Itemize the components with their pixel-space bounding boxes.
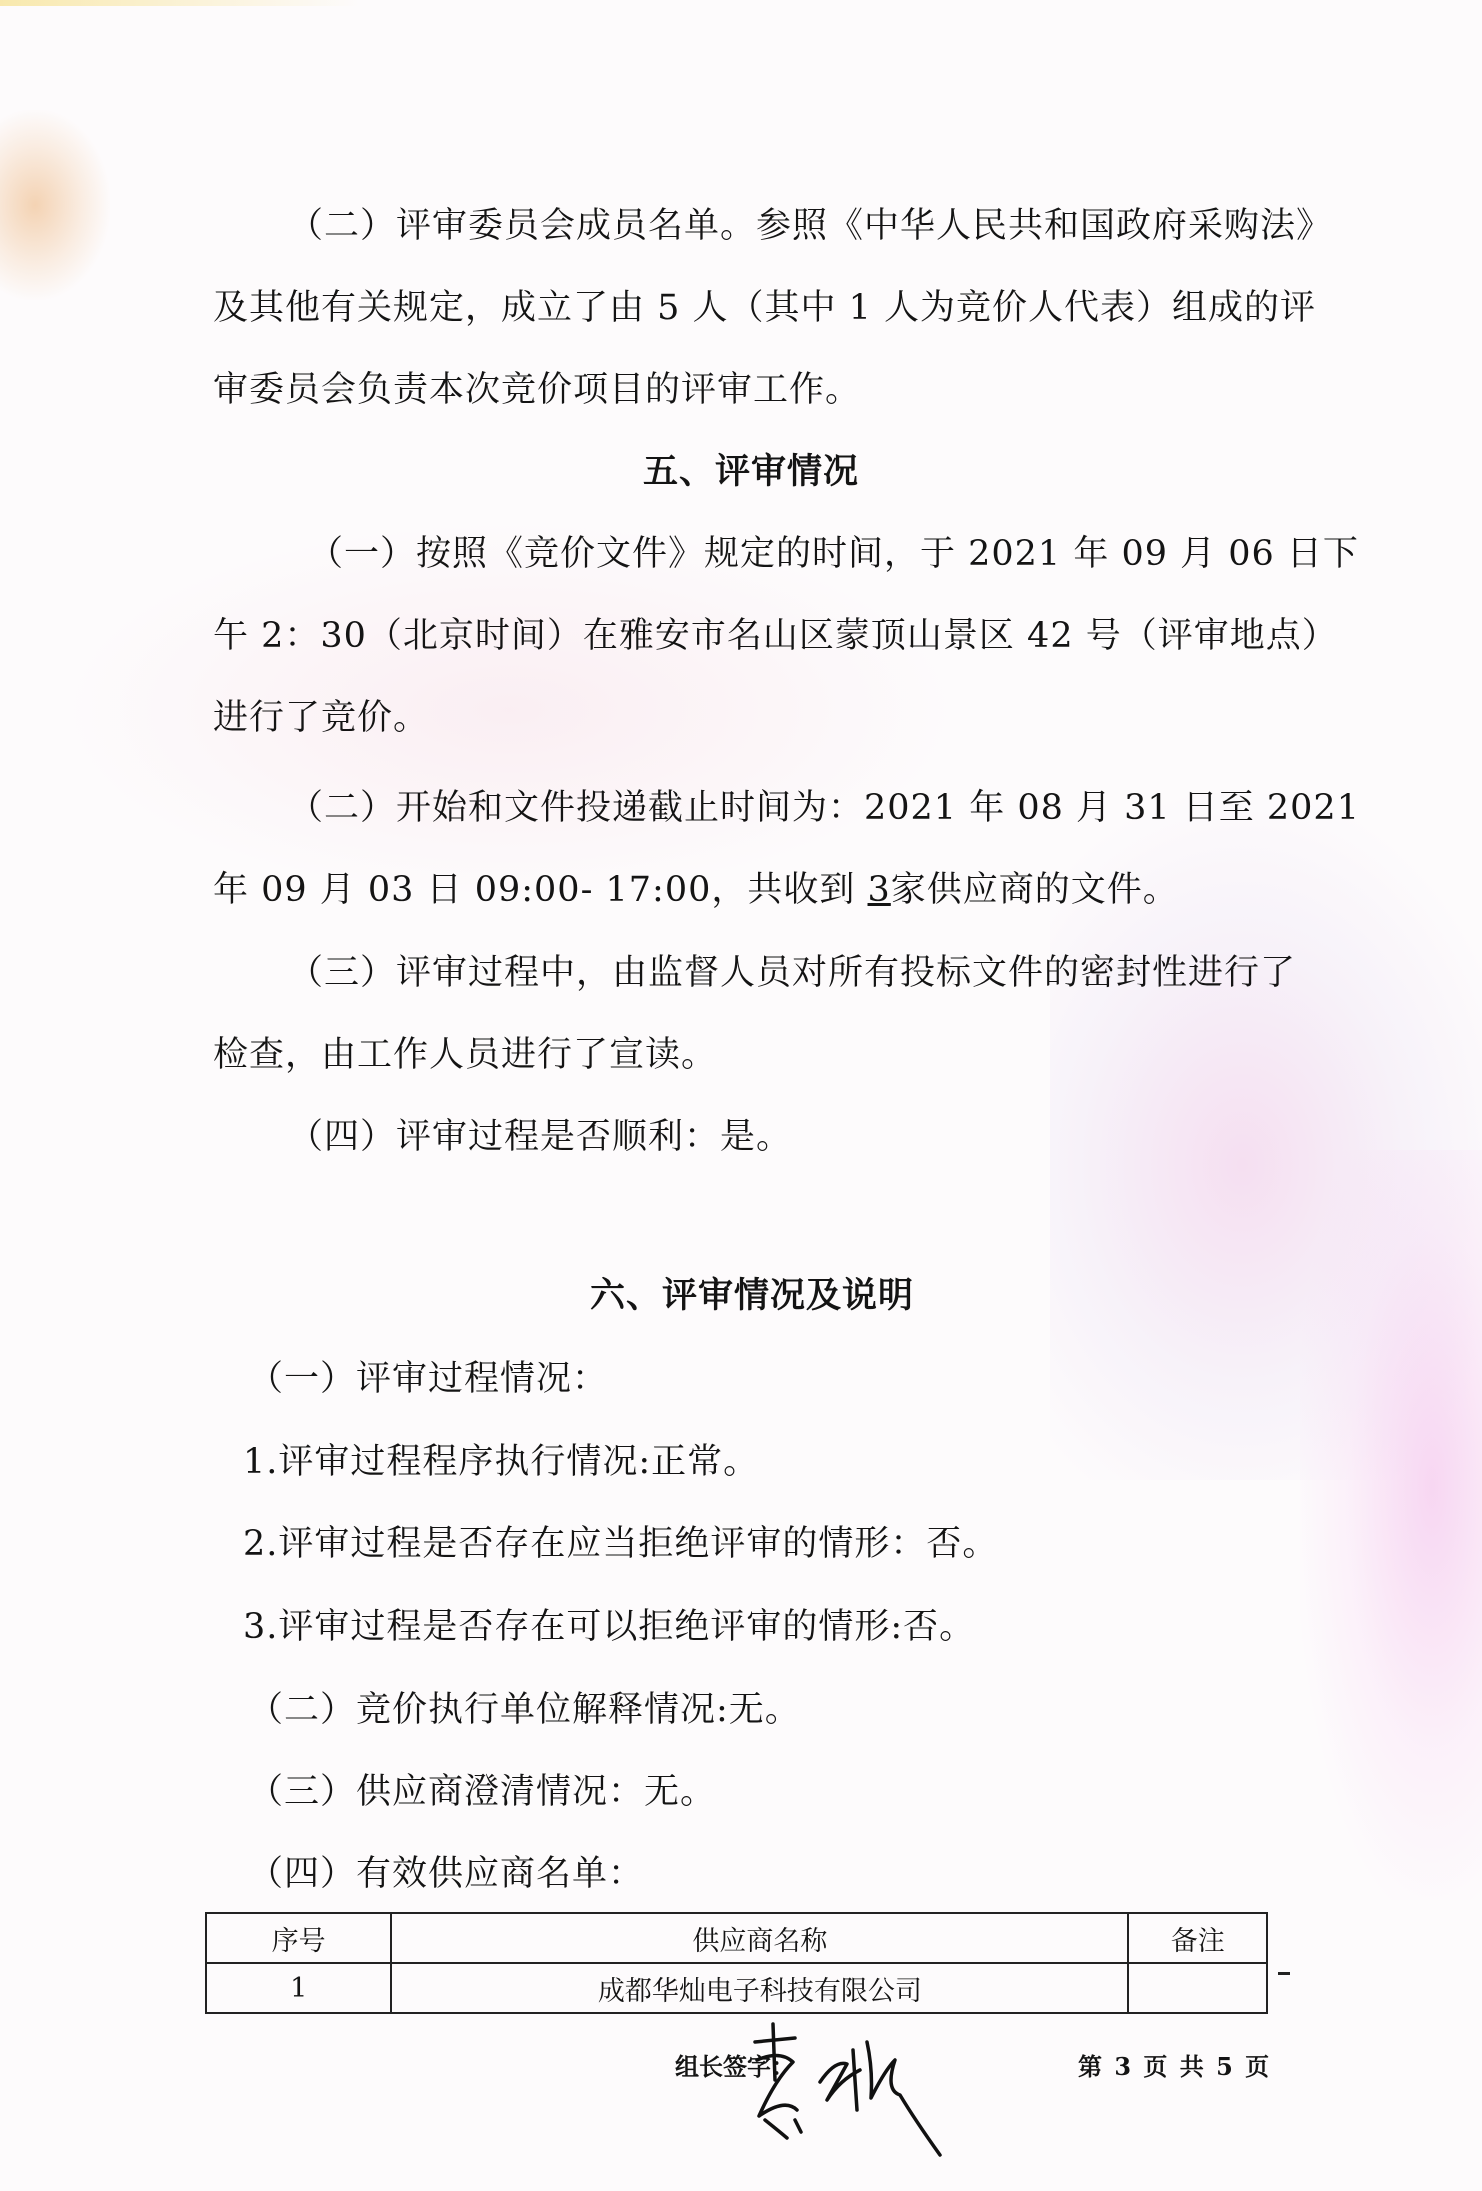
paragraph-line: （三）供应商澄清情况：无。 [248, 1771, 716, 1813]
page-indicator: 第 3 页 共 5 页 [1078, 2047, 1271, 2082]
list-item: 2.评审过程是否存在应当拒绝评审的情形：否。 [243, 1523, 998, 1565]
paragraph-line: 及其他有关规定，成立了由 5 人（其中 1 人为竞价人代表）组成的评 [213, 287, 1316, 329]
text-span: 家供应商的文件。 [891, 870, 1179, 910]
supplier-count: 3 [868, 870, 891, 910]
handwritten-signature-icon [735, 2020, 995, 2160]
paragraph-line: 审委员会负责本次竞价项目的评审工作。 [213, 369, 861, 411]
list-item: 1.评审过程程序执行情况:正常。 [243, 1441, 759, 1483]
paragraph-line: （二）开始和文件投递截止时间为：2021 年 08 月 31 日至 2021 [288, 787, 1360, 829]
paragraph-line: 检查，由工作人员进行了宣读。 [213, 1034, 717, 1076]
document-page: （二）评审委员会成员名单。参照《中华人民共和国政府采购法》 及其他有关规定，成立… [0, 0, 1482, 2191]
section-heading: 六、评审情况及说明 [590, 1275, 914, 1317]
paragraph-line: （四）有效供应商名单： [248, 1853, 644, 1895]
list-item: 3.评审过程是否存在可以拒绝评审的情形:否。 [243, 1606, 975, 1648]
column-header-number: 序号 [206, 1913, 391, 1963]
table-header-row: 序号 供应商名称 备注 [206, 1913, 1267, 1963]
section-heading: 五、评审情况 [643, 451, 859, 493]
subsection-title: （一）评审过程情况： [248, 1358, 608, 1400]
paragraph-line: （一）按照《竞价文件》规定的时间，于 2021 年 09 月 06 日下 [308, 533, 1359, 575]
cell-number: 1 [206, 1963, 391, 2013]
paragraph-line: 年 09 月 03 日 09:00- 17:00，共收到 3家供应商的文件。 [213, 869, 1179, 911]
cell-supplier-name: 成都华灿电子科技有限公司 [391, 1963, 1128, 2013]
column-header-remark: 备注 [1128, 1913, 1267, 1963]
text-span: 年 09 月 03 日 09:00- 17:00，共收到 [213, 870, 868, 910]
column-header-supplier-name: 供应商名称 [391, 1913, 1128, 1963]
cell-remark [1128, 1963, 1267, 2013]
supplier-table: 序号 供应商名称 备注 1 成都华灿电子科技有限公司 [205, 1912, 1268, 2014]
table-row: 1 成都华灿电子科技有限公司 [206, 1963, 1267, 2013]
paragraph-line: 进行了竞价。 [213, 697, 429, 739]
paragraph-line: 午 2：30（北京时间）在雅安市名山区蒙顶山景区 42 号（评审地点） [213, 615, 1338, 657]
paragraph-line: （二）评审委员会成员名单。参照《中华人民共和国政府采购法》 [288, 205, 1332, 247]
margin-mark [1278, 1972, 1290, 1975]
paragraph-line: （二）竞价执行单位解释情况:无。 [248, 1689, 801, 1731]
paragraph-line: （四）评审过程是否顺利：是。 [288, 1116, 792, 1158]
paragraph-line: （三）评审过程中，由监督人员对所有投标文件的密封性进行了 [288, 952, 1296, 994]
